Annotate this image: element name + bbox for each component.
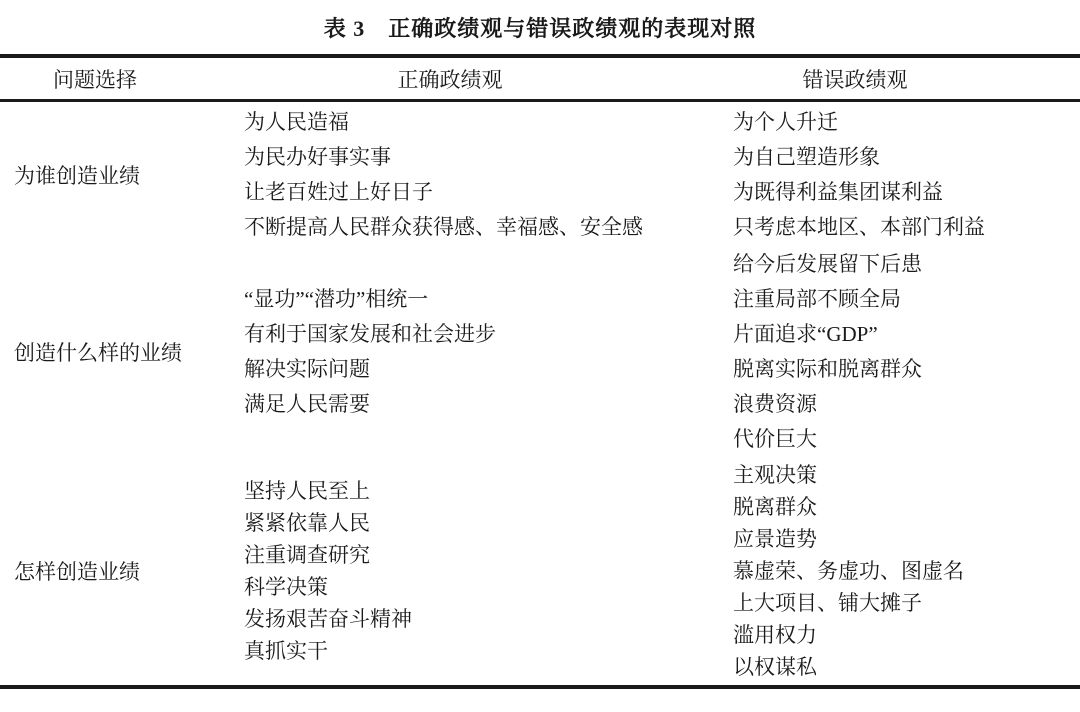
wrong-item: 慕虚荣、务虚功、图虚名 [700, 555, 1080, 587]
correct-item: 让老百姓过上好日子 [230, 175, 700, 210]
wrong-item: 为自己塑造形象 [700, 140, 1080, 175]
wrong-item: 为个人升迁 [700, 105, 1080, 140]
wrong-item: 浪费资源 [700, 387, 1080, 422]
wrong-item: 只考虑本地区、本部门利益 [700, 210, 1080, 245]
wrong-item: 为既得利益集团谋利益 [700, 175, 1080, 210]
comparison-table: 问题选择 正确政绩观 错误政绩观 为谁创造业绩 为人民造福 为民办好事实事 让老… [0, 54, 1080, 689]
wrong-item: 片面追求“GDP” [700, 317, 1080, 352]
table-row-what: 创造什么样的业绩 “显功”“潜功”相统一 有利于国家发展和社会进步 解决实际问题… [0, 247, 1080, 457]
question-label: 怎样创造业绩 [0, 556, 230, 586]
wrong-item: 脱离群众 [700, 491, 1080, 523]
column-header-wrong: 错误政绩观 [700, 58, 1080, 99]
correct-item: 有利于国家发展和社会进步 [230, 317, 700, 352]
wrong-item: 主观决策 [700, 459, 1080, 491]
wrong-cell: 为个人升迁 为自己塑造形象 为既得利益集团谋利益 只考虑本地区、本部门利益 [700, 102, 1080, 247]
document-page: 表 3 正确政绩观与错误政绩观的表现对照 问题选择 正确政绩观 错误政绩观 为谁… [0, 0, 1080, 712]
correct-item: 注重调查研究 [230, 539, 700, 571]
wrong-item: 脱离实际和脱离群众 [700, 352, 1080, 387]
wrong-item: 滥用权力 [700, 619, 1080, 651]
wrong-item: 代价巨大 [700, 422, 1080, 457]
correct-cell: “显功”“潜功”相统一 有利于国家发展和社会进步 解决实际问题 满足人民需要 [230, 247, 700, 457]
correct-item: 为民办好事实事 [230, 140, 700, 175]
correct-item: 紧紧依靠人民 [230, 507, 700, 539]
wrong-item: 上大项目、铺大摊子 [700, 587, 1080, 619]
table-header-row: 问题选择 正确政绩观 错误政绩观 [0, 58, 1080, 102]
correct-item: 坚持人民至上 [230, 475, 700, 507]
wrong-item: 注重局部不顾全局 [700, 282, 1080, 317]
wrong-item: 以权谋私 [700, 651, 1080, 683]
wrong-item: 应景造势 [700, 523, 1080, 555]
wrong-cell: 给今后发展留下后患 注重局部不顾全局 片面追求“GDP” 脱离实际和脱离群众 浪… [700, 247, 1080, 457]
correct-item: 发扬艰苦奋斗精神 [230, 603, 700, 635]
column-header-correct: 正确政绩观 [230, 58, 700, 99]
table-row-how: 怎样创造业绩 坚持人民至上 紧紧依靠人民 注重调查研究 科学决策 发扬艰苦奋斗精… [0, 457, 1080, 685]
correct-item: 真抓实干 [230, 635, 700, 667]
question-label: 为谁创造业绩 [0, 160, 230, 190]
wrong-cell: 主观决策 脱离群众 应景造势 慕虚荣、务虚功、图虚名 上大项目、铺大摊子 滥用权… [700, 457, 1080, 685]
correct-item: 满足人民需要 [230, 387, 700, 422]
correct-item: “显功”“潜功”相统一 [230, 282, 700, 317]
correct-item: 不断提高人民群众获得感、幸福感、安全感 [230, 210, 700, 245]
correct-cell: 为人民造福 为民办好事实事 让老百姓过上好日子 不断提高人民群众获得感、幸福感、… [230, 102, 700, 247]
question-label: 创造什么样的业绩 [0, 337, 230, 367]
column-header-question: 问题选择 [0, 58, 230, 99]
table-title: 表 3 正确政绩观与错误政绩观的表现对照 [0, 0, 1080, 54]
table-row-who: 为谁创造业绩 为人民造福 为民办好事实事 让老百姓过上好日子 不断提高人民群众获… [0, 102, 1080, 247]
correct-item: 解决实际问题 [230, 352, 700, 387]
correct-item: 为人民造福 [230, 105, 700, 140]
correct-cell: 坚持人民至上 紧紧依靠人民 注重调查研究 科学决策 发扬艰苦奋斗精神 真抓实干 [230, 457, 700, 685]
correct-item: 科学决策 [230, 571, 700, 603]
wrong-item: 给今后发展留下后患 [700, 247, 1080, 282]
